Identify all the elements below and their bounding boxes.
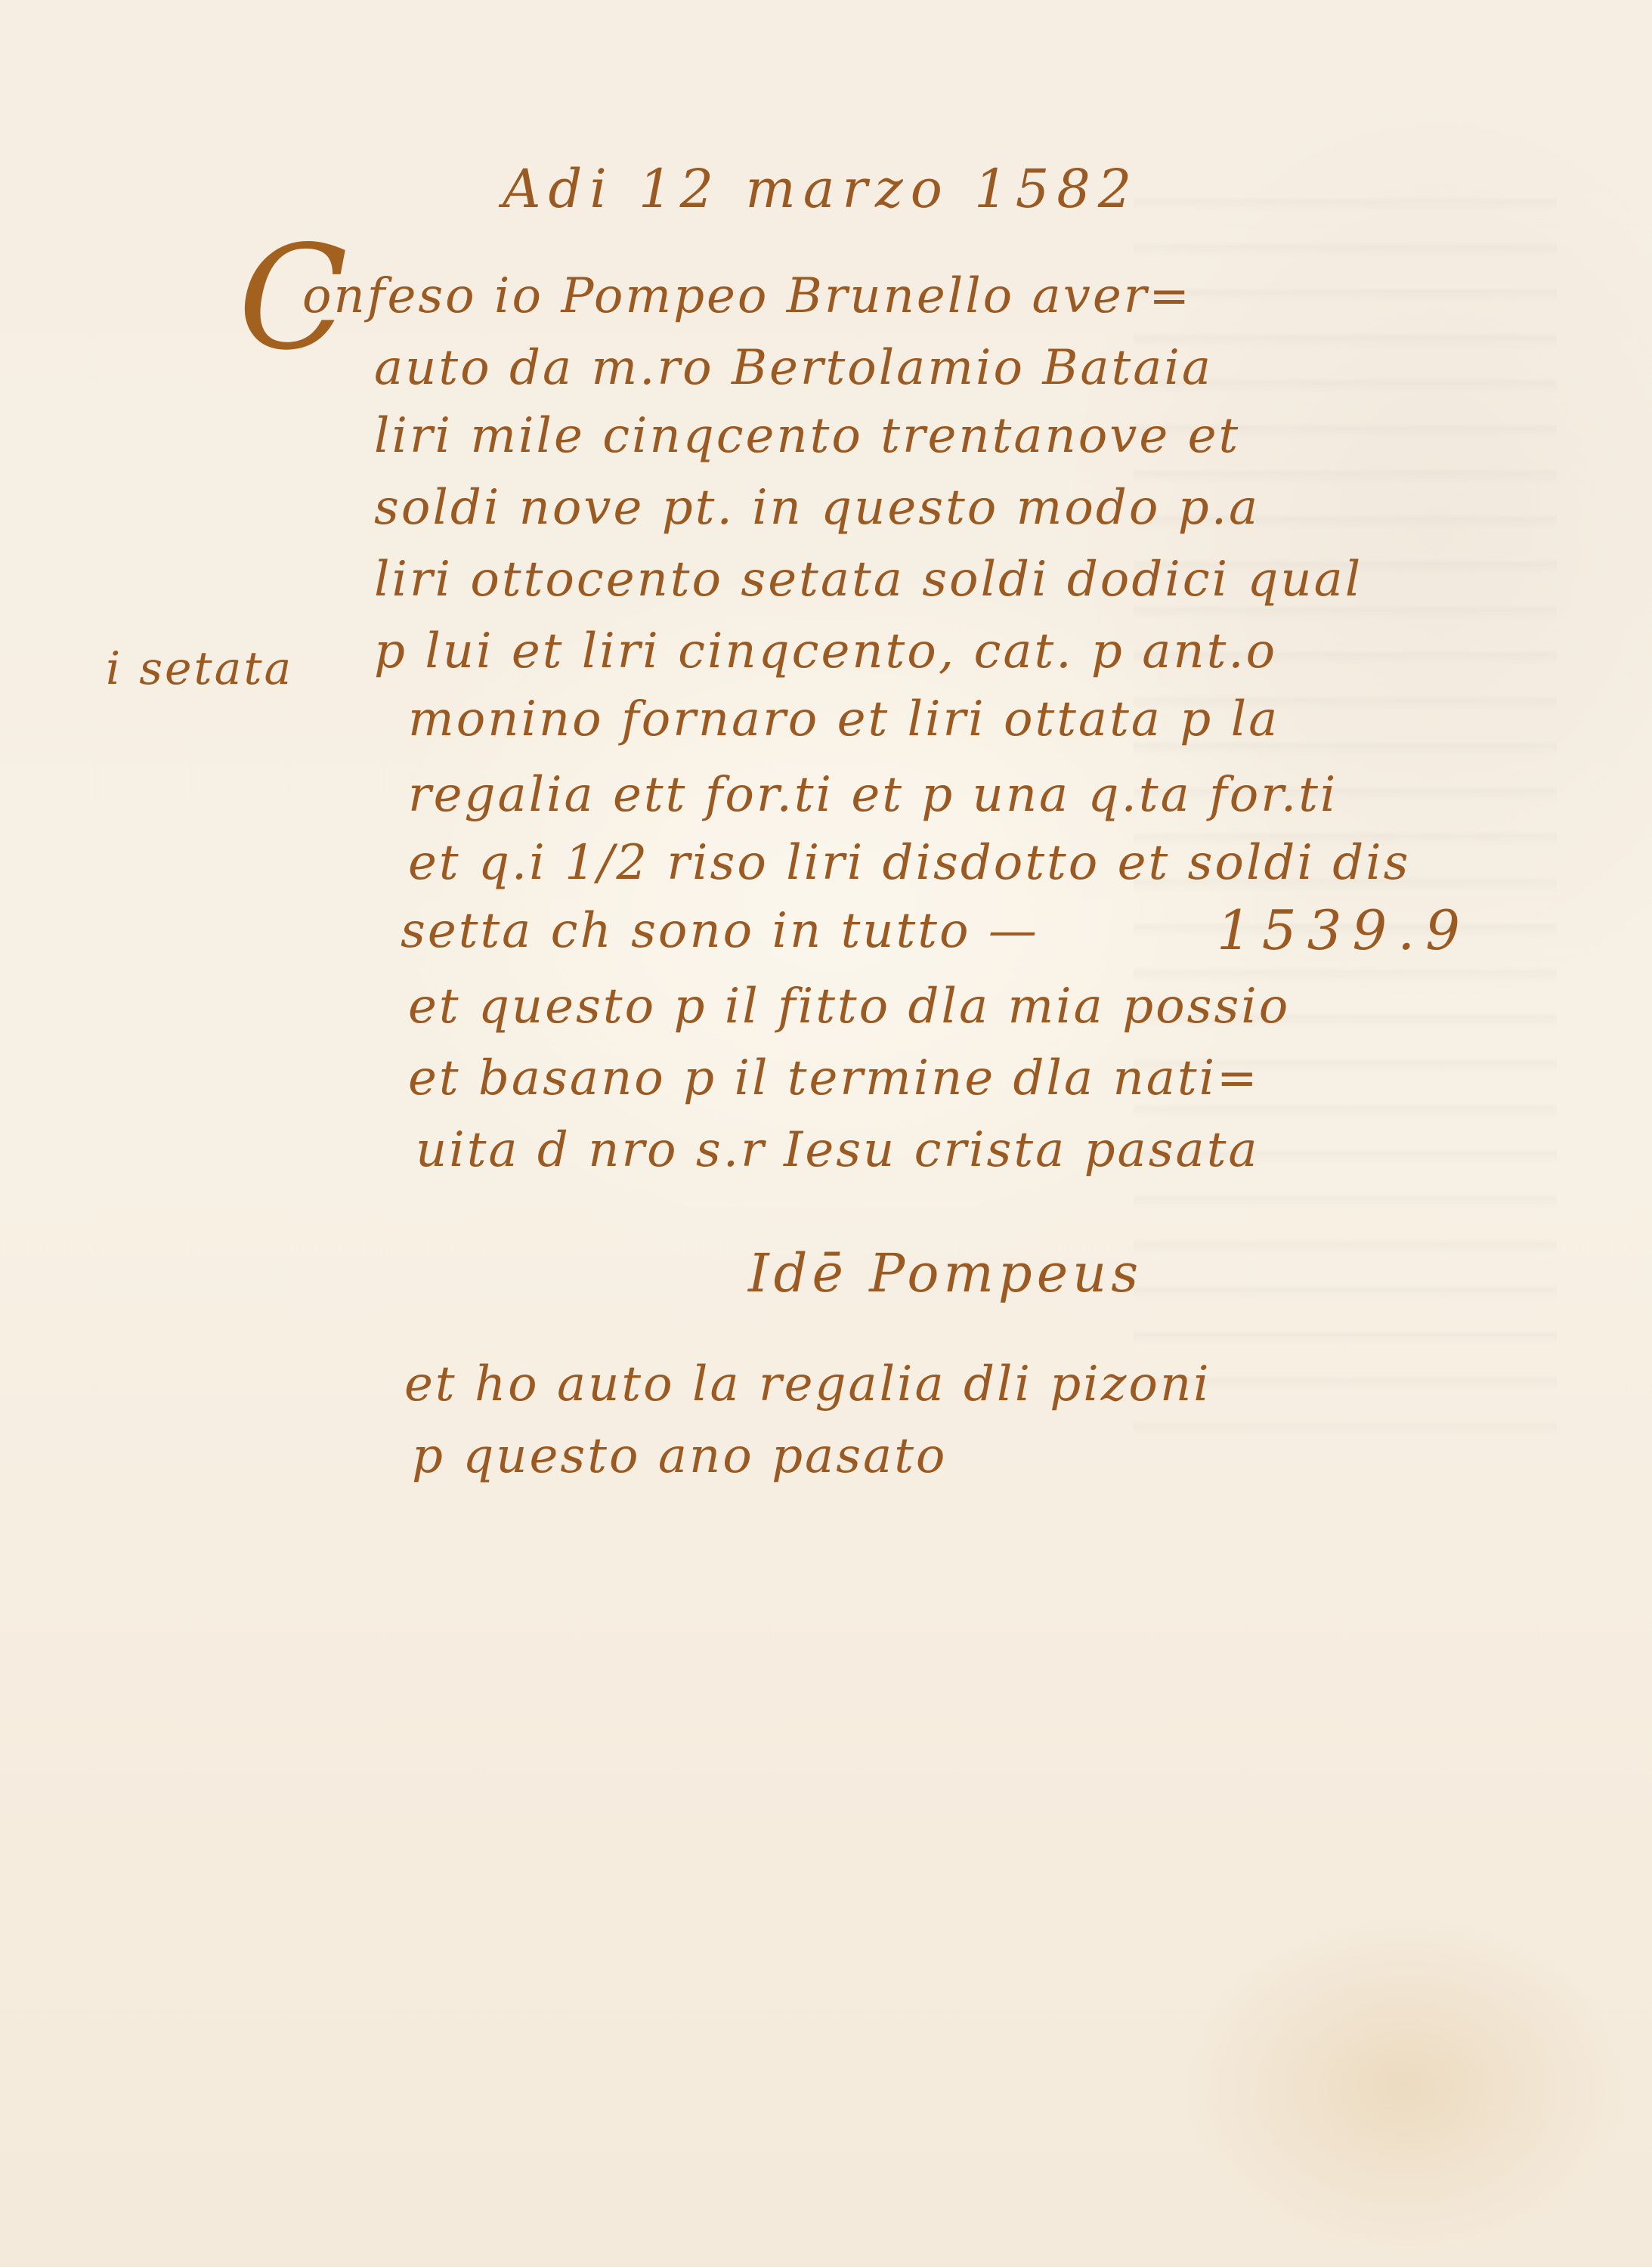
body-line-11: et questo p il fitto dla mia possio xyxy=(408,982,1290,1031)
body-line-7: monino fornaro et liri ottata p la xyxy=(408,695,1279,744)
body-line-5: liri ottocento setata soldi dodici qual xyxy=(374,555,1363,604)
date-heading: Adi 12 marzo 1582 xyxy=(503,162,1139,215)
postscript-line-1: et ho auto la regalia dli pizoni xyxy=(404,1360,1211,1409)
body-line-12: et basano p il termine dla nati= xyxy=(408,1054,1260,1103)
body-line-10: setta ch sono in tutto — xyxy=(401,907,1039,955)
total-amount: 1539.9 xyxy=(1217,903,1471,957)
signature: Idē Pompeus xyxy=(748,1247,1143,1300)
manuscript-page: Adi 12 marzo 1582 C onfeso io Pompeo Bru… xyxy=(0,0,1652,2267)
body-line-1: onfeso io Pompeo Brunello aver= xyxy=(302,272,1192,320)
margin-note: i setata xyxy=(106,646,293,691)
body-line-4: soldi nove pt. in questo modo p.a xyxy=(374,484,1260,532)
body-line-9: et q.i 1/2 riso liri disdotto et soldi d… xyxy=(408,839,1410,887)
body-line-8: regalia ett for.ti et p una q.ta for.ti xyxy=(408,771,1338,819)
body-line-3: liri mile cinqcento trentanove et xyxy=(374,412,1240,460)
body-line-6: p lui et liri cinqcento, cat. p ant.o xyxy=(374,627,1277,676)
postscript-line-2: p questo ano pasato xyxy=(412,1432,947,1480)
body-line-2: auto da m.ro Bertolamio Bataia xyxy=(374,344,1213,392)
body-line-13: uita d nro s.r Iesu crista pasata xyxy=(416,1126,1260,1174)
